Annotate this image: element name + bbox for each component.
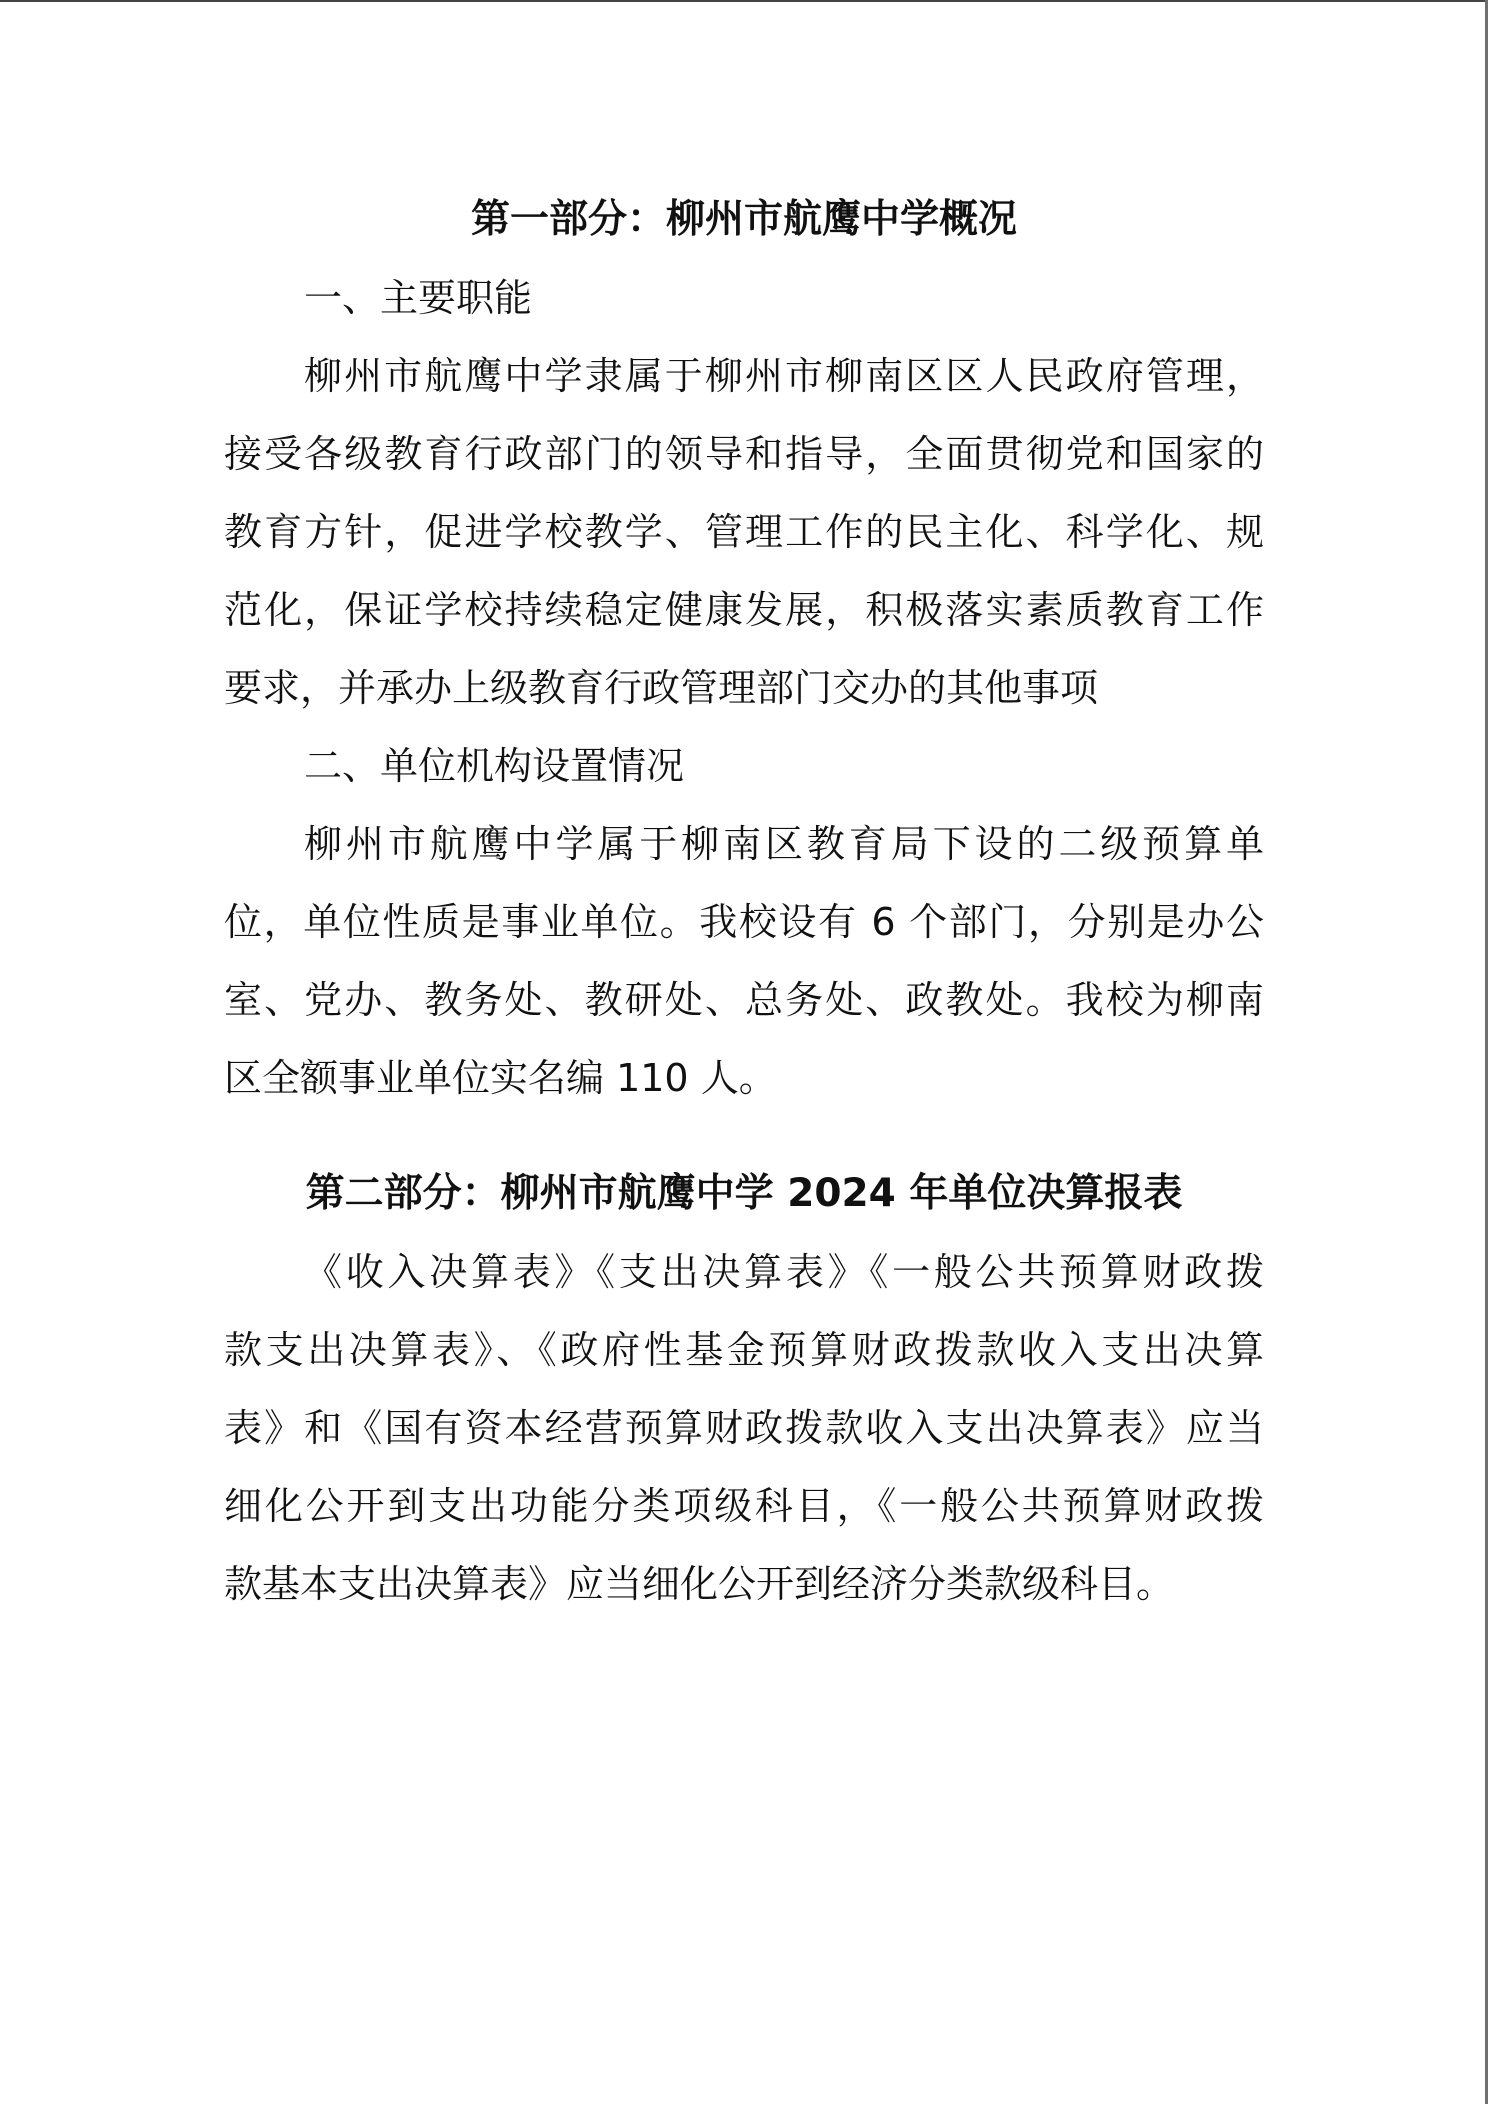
section1-line-5: 要求，并承办上级教育行政管理部门交办的其他事项 — [224, 664, 1264, 712]
section2-line-4: 区全额事业单位实名编 110 人。 — [224, 1054, 1264, 1102]
part1-title: 第一部分：柳州市航鹰中学概况 — [224, 196, 1264, 244]
part2-line-3: 表》和《国有资本经营预算财政拨款收入支出决算表》应当 — [224, 1404, 1264, 1452]
part2-line-1: 《收入决算表》《支出决算表》《一般公共预算财政拨 — [304, 1248, 1264, 1296]
section2-heading: 二、单位机构设置情况 — [304, 742, 684, 790]
section1-line-3: 教育方针，促进学校教学、管理工作的民主化、科学化、规 — [224, 508, 1264, 556]
section2-line-2: 位，单位性质是事业单位。我校设有 6 个部门，分别是办公 — [224, 898, 1264, 946]
section1-line-4: 范化，保证学校持续稳定健康发展，积极落实素质教育工作 — [224, 586, 1264, 634]
part2-line-2: 款支出决算表》、《政府性基金预算财政拨款收入支出决算 — [224, 1326, 1264, 1374]
part2-line-4: 细化公开到支出功能分类项级科目，《一般公共预算财政拨 — [224, 1482, 1264, 1530]
section1-heading: 一、主要职能 — [304, 274, 532, 322]
section1-line-1: 柳州市航鹰中学隶属于柳州市柳南区区人民政府管理， — [304, 352, 1264, 400]
part2-line-5: 款基本支出决算表》应当细化公开到经济分类款级科目。 — [224, 1560, 1264, 1608]
document-page: 第一部分：柳州市航鹰中学概况 一、主要职能 柳州市航鹰中学隶属于柳州市柳南区区人… — [0, 0, 1488, 2104]
section2-line-3: 室、党办、教务处、教研处、总务处、政教处。我校为柳南 — [224, 976, 1264, 1024]
section2-line-1: 柳州市航鹰中学属于柳南区教育局下设的二级预算单 — [304, 820, 1264, 868]
part2-title: 第二部分：柳州市航鹰中学 2024 年单位决算报表 — [224, 1170, 1264, 1218]
section1-line-2: 接受各级教育行政部门的领导和指导，全面贯彻党和国家的 — [224, 430, 1264, 478]
